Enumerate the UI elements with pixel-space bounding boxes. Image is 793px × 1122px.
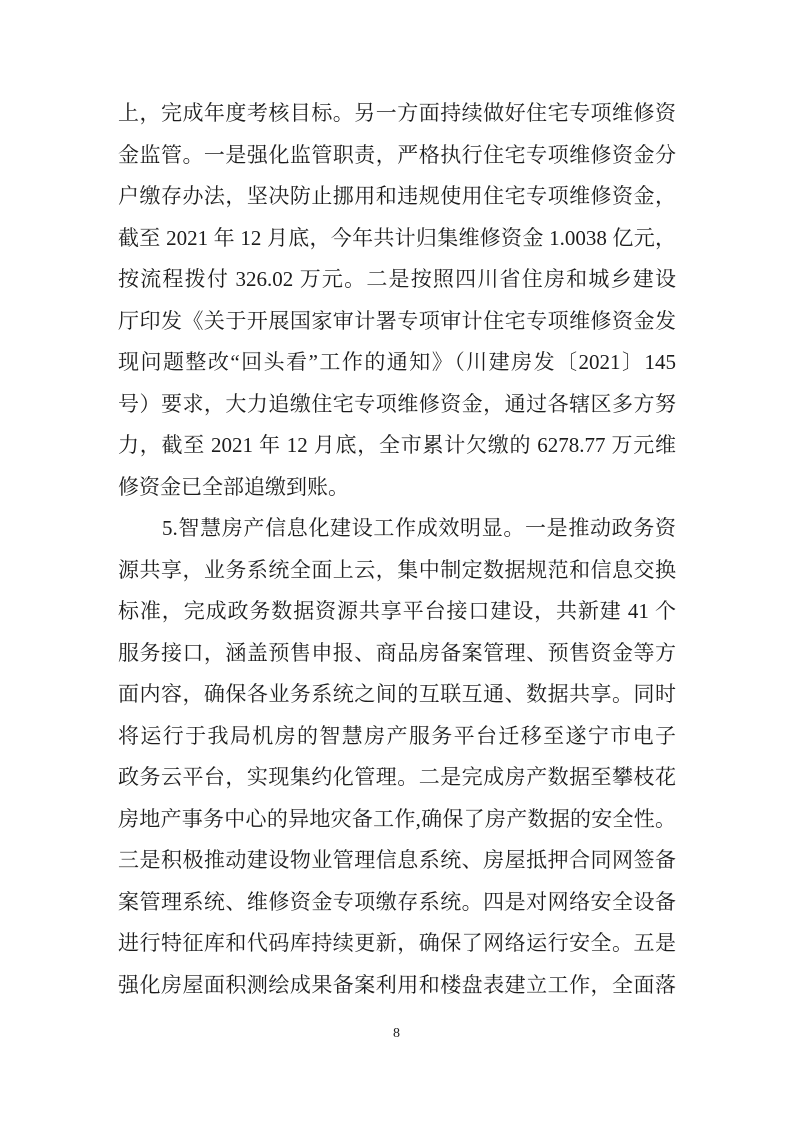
text-line: 进行特征库和代码库持续更新，确保了网络运行安全。五是 [118, 923, 676, 965]
body-text: 上，完成年度考核目标。另一方面持续做好住宅专项维修资金监管。一是强化监管职责，严… [118, 93, 676, 1006]
text-line: 金监管。一是强化监管职责，严格执行住宅专项维修资金分 [118, 135, 676, 177]
text-line: 标准，完成政务数据资源共享平台接口建设，共新建 41 个 [118, 591, 676, 633]
text-line: 三是积极推动建设物业管理信息系统、房屋抵押合同网签备 [118, 840, 676, 882]
text-line: 案管理系统、维修资金专项缴存系统。四是对网络安全设备 [118, 882, 676, 924]
text-line: 修资金已全部追缴到账。 [118, 467, 676, 509]
text-line: 户缴存办法，坚决防止挪用和违规使用住宅专项维修资金， [118, 176, 676, 218]
text-line: 力，截至 2021 年 12 月底，全市累计欠缴的 6278.77 万元维 [118, 425, 676, 467]
text-line: 服务接口，涵盖预售申报、商品房备案管理、预售资金等方 [118, 633, 676, 675]
text-line: 将运行于我局机房的智慧房产服务平台迁移至遂宁市电子 [118, 716, 676, 758]
text-line: 强化房屋面积测绘成果备案利用和楼盘表建立工作，全面落 [118, 965, 676, 1007]
text-line: 厅印发《关于开展国家审计署专项审计住宅专项维修资金发 [118, 301, 676, 343]
text-line: 按流程拨付 326.02 万元。二是按照四川省住房和城乡建设 [118, 259, 676, 301]
text-line: 源共享，业务系统全面上云，集中制定数据规范和信息交换 [118, 550, 676, 592]
text-line: 政务云平台，实现集约化管理。二是完成房产数据至攀枝花 [118, 757, 676, 799]
text-line: 截至 2021 年 12 月底，今年共计归集维修资金 1.0038 亿元， [118, 218, 676, 260]
text-line: 面内容，确保各业务系统之间的互联互通、数据共享。同时 [118, 674, 676, 716]
document-page: 上，完成年度考核目标。另一方面持续做好住宅专项维修资金监管。一是强化监管职责，严… [0, 0, 793, 1122]
text-line: 5.智慧房产信息化建设工作成效明显。一是推动政务资 [118, 508, 676, 550]
text-line: 上，完成年度考核目标。另一方面持续做好住宅专项维修资 [118, 93, 676, 135]
text-line: 号）要求，大力追缴住宅专项维修资金，通过各辖区多方努 [118, 384, 676, 426]
text-line: 房地产事务中心的异地灾备工作,确保了房产数据的安全性。 [118, 799, 676, 841]
page-number: 8 [0, 1024, 793, 1044]
text-line: 现问题整改“回头看”工作的通知》（川建房发〔2021〕145 [118, 342, 676, 384]
